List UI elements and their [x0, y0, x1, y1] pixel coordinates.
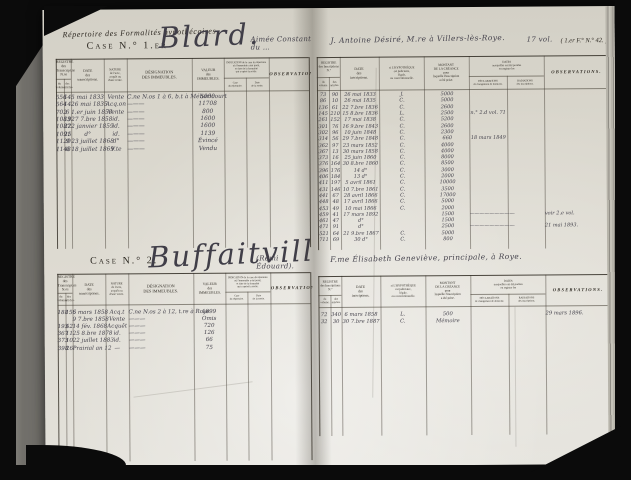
- handwritten-entry: 340: [331, 312, 342, 317]
- table-header-cell: NATURE de l'acte, acquêt ou d'une vente.: [105, 273, 128, 304]
- handwritten-entry: 9 7.bre 1858: [73, 317, 106, 323]
- handwritten-entry: C.: [381, 318, 426, 324]
- handwritten-entry: 29 mars 1896.: [546, 310, 611, 316]
- table-cell: C.: [381, 317, 426, 324]
- table-cell: 156: [65, 309, 73, 316]
- table-rule-vertical: [247, 292, 249, 461]
- handwritten-entry: 398: [58, 346, 66, 352]
- ledger-page-left: Répertoire des Formalités hypothécaires …: [42, 12, 313, 464]
- table-header-label: MONTANT DE LA CRÉANCE pour laquelle l'in…: [425, 281, 470, 300]
- handwritten-entry: 30 7.bre 1887: [342, 319, 381, 324]
- table-header-label: REGISTRE des Transcript.ns N.os: [57, 275, 72, 292]
- table-cell: 193: [58, 323, 66, 330]
- table-header-label: DÉCLARATIONS de changement de domicile.: [470, 297, 508, 303]
- table-header-cell: si L'HYPOTHÈQUE est judiciaire, légale, …: [380, 275, 425, 306]
- handwritten-entry: 6 mars 1858: [342, 312, 381, 317]
- table-header-cell: RADIATIONS des inscriptions.: [508, 293, 545, 305]
- handwritten-entry: 30: [331, 319, 342, 324]
- table-header-cell: Date de la sortie.: [247, 291, 270, 303]
- handwritten-entry: —: [106, 345, 129, 351]
- handwritten-entry: 720: [194, 323, 226, 329]
- table-header-cell: DATE des transcriptions.: [72, 274, 105, 305]
- handwritten-entry: 156: [65, 310, 73, 316]
- table-header-label: DATE des transcriptions.: [72, 283, 105, 296]
- table-header-label: des articles.: [65, 295, 73, 302]
- table-header-label: DATE des inscriptions.: [341, 285, 380, 298]
- table-header-label: VALEUR des IMMEUBLES.: [193, 282, 225, 295]
- handwritten-entry: Omis: [194, 316, 226, 322]
- handwritten-entry: 1899: [194, 309, 226, 315]
- table-header-label: du volume.: [57, 295, 65, 302]
- table-header-cell: DATE des inscriptions.: [341, 276, 380, 307]
- handwritten-entry: 367: [58, 331, 66, 337]
- table-header-label: Date de la sortie.: [247, 294, 270, 300]
- table-cell: 75: [194, 344, 226, 351]
- handwritten-entry: 10: [65, 338, 73, 344]
- table-header-label: RADIATIONS des inscriptions.: [508, 296, 545, 302]
- handwritten-entry: ———: [129, 330, 194, 336]
- gutter-shadow: [292, 8, 331, 466]
- table-header-cell: REGISTRE des Transcript.ns N.os: [57, 274, 72, 293]
- handwritten-entry: id.: [106, 338, 129, 344]
- table-cell: 398: [58, 345, 66, 352]
- handwritten-entry: 11: [65, 331, 73, 337]
- handwritten-entry: Prairial an 12: [73, 345, 106, 351]
- handwritten-entry: 66: [194, 337, 226, 343]
- table-cell: 30: [331, 318, 342, 325]
- photo-background-right: [615, 0, 631, 480]
- handwritten-entry: 500: [426, 311, 471, 317]
- handwritten-entry: 373: [58, 338, 66, 344]
- table-cell: Mémoire: [426, 317, 471, 324]
- table-header-cell: DÉSIGNATION DES IMMEUBLES.: [128, 273, 193, 304]
- handwritten-entry: ———: [129, 338, 194, 344]
- table-rule-vertical: [65, 293, 67, 462]
- table-header-cell: OBSERVATIONS.: [545, 274, 610, 305]
- table-header-label: des articles.: [330, 298, 341, 305]
- handwritten-entry: 62: [65, 324, 73, 330]
- table-header-cell: des articles.: [330, 295, 341, 307]
- handwritten-entry: 126: [194, 330, 226, 336]
- table-cell: 26: [65, 345, 73, 352]
- ledger-spread: Répertoire des Formalités hypothécaires …: [42, 6, 617, 468]
- handwritten-entry: 14 fév. 1868: [73, 324, 106, 330]
- handwritten-entry: C.ne N.os 2 à 12, t.re à Roye: [128, 309, 193, 315]
- table-header-label: si L'HYPOTHÈQUE est judiciaire, légale, …: [380, 284, 425, 298]
- table-rule-vertical: [508, 294, 510, 435]
- table-cell: 340: [331, 311, 342, 318]
- handwritten-entry: 26: [65, 346, 73, 352]
- table-cell: ———: [129, 344, 194, 352]
- table-header-cell: du volume.: [57, 293, 65, 305]
- table-header-cell: MONTANT DE LA CRÉANCE pour laquelle l'in…: [425, 275, 470, 306]
- table-cell: 373: [58, 338, 66, 345]
- table-cell: Prairial an 12: [73, 345, 106, 352]
- handwritten-entry: 22 juillet 1883: [73, 338, 106, 344]
- table-cell: 29 mars 1896.: [546, 309, 611, 316]
- table-cell: 10: [65, 338, 73, 345]
- handwritten-entry: 6 mars 1858: [73, 309, 106, 315]
- table-cell: —: [106, 344, 129, 351]
- table-header-cell: DATES auxquelles ont été portées en regi…: [470, 274, 545, 294]
- table-cell: 30 7.bre 1887: [342, 318, 381, 325]
- table-cell: 188: [57, 309, 65, 316]
- table-header-label: Case du répertoire.: [225, 295, 247, 301]
- table-header-cell: VALEUR des IMMEUBLES.: [193, 273, 225, 304]
- table-header-cell: DÉCLARATIONS de changement de domicile.: [470, 294, 508, 306]
- handwritten-entry: 75: [194, 345, 226, 351]
- table-header-label: DÉSIGNATION DES IMMEUBLES.: [128, 284, 193, 294]
- table-header-cell: Case du répertoire.: [225, 292, 247, 304]
- table-header-label: INDICATION de la case du répertoire où l…: [225, 276, 270, 289]
- handwritten-entry: 25 8.bre 1878: [73, 331, 106, 337]
- handwritten-entry: L.: [381, 311, 426, 317]
- table-header-label: NATURE de l'acte, acquêt ou d'une vente.: [105, 282, 128, 296]
- handwritten-entry: Vente: [106, 316, 129, 322]
- handwritten-entry: Mémoire: [426, 318, 471, 324]
- handwritten-entry: id.: [106, 331, 129, 337]
- handwritten-entry: 193: [58, 324, 66, 330]
- table-cell: 62: [65, 323, 73, 330]
- inscriptions-table-case2: REGISTRE des Inscriptions N.°du volume.d…: [310, 6, 617, 454]
- archival-register-scan: Répertoire des Formalités hypothécaires …: [0, 0, 631, 480]
- handwritten-entry: Acquêt: [106, 324, 129, 330]
- handwritten-entry: ———: [129, 323, 194, 329]
- transcriptions-table-case2: REGISTRE des Transcript.ns N.osdu volume…: [42, 12, 313, 464]
- ledger-page-right: J. Antoine Désiré, M.re à Villers-lès-Ro…: [310, 6, 617, 454]
- table-header-label: DATES auxquelles ont été portées en regi…: [470, 279, 545, 289]
- handwritten-entry: 188: [58, 310, 66, 316]
- handwritten-entry: ———: [129, 316, 194, 322]
- handwritten-entry: Acq.t: [106, 309, 129, 315]
- table-header-label: OBSERVATIONS.: [545, 287, 610, 293]
- handwritten-entry: ———: [129, 345, 194, 351]
- table-header-cell: des articles.: [65, 293, 73, 305]
- table-header-cell: INDICATION de la case du répertoire où l…: [225, 272, 270, 291]
